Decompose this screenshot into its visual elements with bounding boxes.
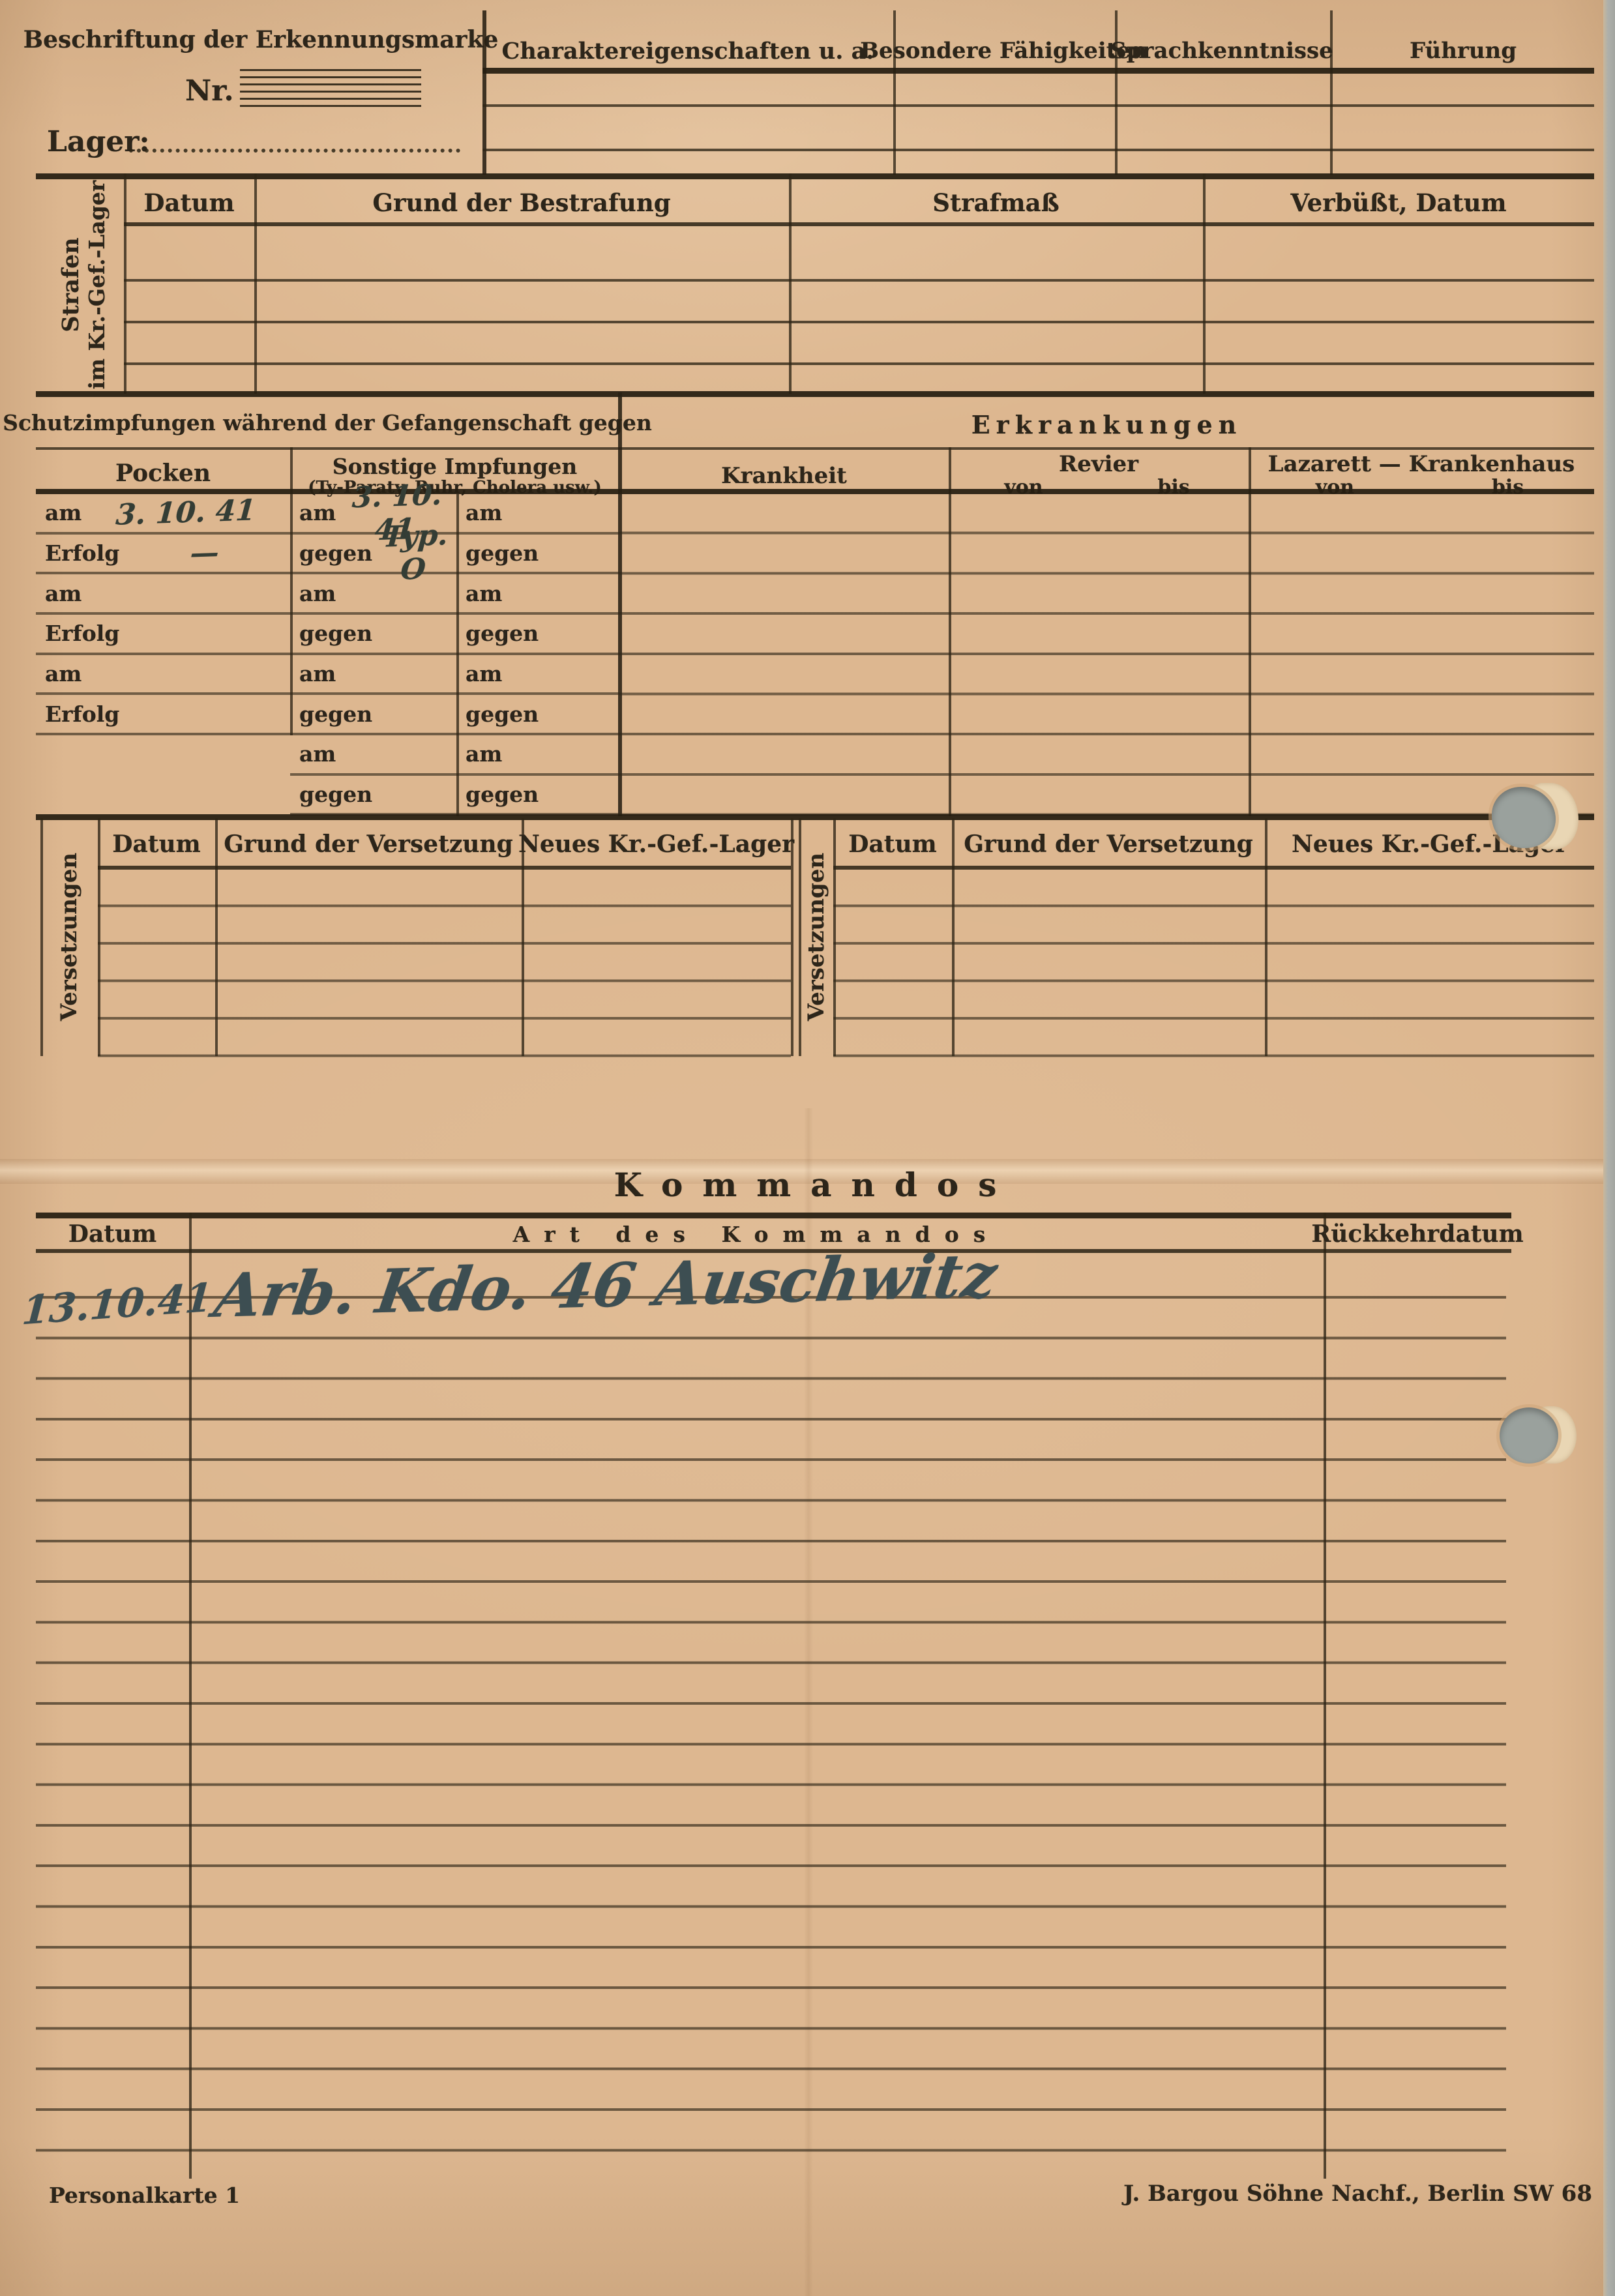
vaccination-row-value	[539, 713, 619, 715]
versetzungen-col-header: Datum	[98, 827, 215, 862]
strafen-side-label-line1: Strafen	[57, 168, 84, 402]
vaccination-row-label: gegen	[466, 621, 539, 646]
vaccination-row-value	[502, 671, 619, 675]
lager-dotted-line	[129, 126, 460, 153]
versetzungen-col-header: Grund der Versetzung	[215, 827, 522, 862]
versetzungen-row-lines	[833, 870, 1594, 1057]
vaccination-row: am	[290, 655, 456, 696]
traits-col-header: Charaktereigenschaften u. a.	[488, 34, 888, 68]
vaccination-row: gegen Typ. O	[290, 535, 456, 575]
vaccination-row: am	[456, 494, 619, 535]
vaccination-row-label: am	[466, 500, 502, 525]
vaccination-row: am	[456, 735, 619, 776]
vaccination-row-label: am	[45, 661, 81, 686]
vaccination-row: gegen	[456, 535, 619, 575]
versetzungen-col-header: Grund der Versetzung	[952, 827, 1265, 862]
traits-col-header: Sprachkenntnisse	[1118, 34, 1326, 68]
sonstige-subcolumn-divider	[456, 494, 459, 816]
vaccination-row-value	[119, 711, 289, 717]
vaccination-row: am	[456, 574, 619, 615]
lazarett-header: Lazarett — Krankenhaus	[1249, 452, 1594, 476]
strafen-row-line	[124, 362, 1594, 365]
vaccination-row-label: am	[299, 500, 336, 525]
vaccination-row-value	[539, 632, 619, 635]
vaccination-row-value	[539, 793, 619, 795]
vaccination-row-label: Erfolg	[45, 621, 119, 646]
vaccination-row-value: —	[119, 533, 291, 572]
versetzungen-side-label: Versetzungen	[800, 832, 833, 1041]
vaccination-row: gegen	[456, 615, 619, 655]
vaccination-row: am	[290, 735, 456, 776]
vaccination-row-value	[372, 793, 456, 795]
versetzungen-col-header: Datum	[833, 827, 952, 862]
versetzungen-col-header: Neues Kr.-Gef.-Lager	[522, 827, 791, 862]
sonstige-header: Sonstige Impfungen	[290, 454, 619, 478]
vaccination-row: Erfolg	[36, 615, 290, 655]
footer-form-name: Personalkarte 1	[49, 2183, 240, 2208]
vaccination-row-label: am	[466, 741, 502, 767]
nr-ruled-lines	[240, 69, 421, 110]
vaccination-row-value	[336, 752, 456, 756]
vaccination-row-value	[372, 632, 456, 635]
krankheit-header: Krankheit	[619, 463, 949, 489]
vaccination-row-label: am	[466, 661, 502, 686]
nr-label: Nr.	[185, 74, 234, 108]
vaccination-row-label: gegen	[466, 782, 539, 807]
strafen-col-header: Datum	[124, 186, 254, 219]
kommandos-col-rueckkehr: Rückkehrdatum	[1324, 1220, 1511, 1248]
scan-edge-strip	[1603, 0, 1615, 2296]
strafen-row-line	[124, 279, 1594, 282]
vaccination-row-value	[502, 752, 619, 756]
vaccination-row: gegen	[290, 776, 456, 816]
vaccination-row-value	[81, 590, 289, 597]
vaccination-row-label: am	[299, 661, 336, 686]
footer-printer: J. Bargou Söhne Nachf., Berlin SW 68	[1200, 2180, 1516, 2207]
vaccination-row-label: am	[45, 581, 81, 606]
impfungen-title: Schutzimpfungen während der Gefangenscha…	[38, 408, 617, 437]
kommandos-title: Kommandos	[36, 1166, 1594, 1203]
vaccination-row-value	[336, 671, 456, 675]
vaccination-row: Erfolg —	[36, 535, 290, 575]
strafen-side-label-line2: im Kr.-Gef.-Lager	[84, 168, 110, 402]
pocken-header: Pocken	[36, 459, 290, 488]
traits-header-rule	[482, 68, 1594, 74]
vaccination-row-value	[336, 591, 456, 595]
vaccination-row-value: Typ. O	[370, 518, 459, 588]
traits-row-line	[482, 104, 1594, 107]
sonstige-column-2: am gegen am gegen am gegen am gegen	[456, 494, 619, 816]
vaccination-row-value	[81, 670, 289, 677]
vaccination-row: gegen	[290, 615, 456, 655]
vaccination-row-label: am	[45, 500, 81, 525]
vaccination-row-value	[539, 552, 619, 554]
vaccination-row-label: gegen	[299, 701, 372, 727]
strafen-bottom-border	[36, 391, 1594, 397]
vaccination-row-value	[502, 511, 619, 515]
erkrankungen-title: Erkrankungen	[619, 409, 1594, 439]
vaccination-row-value	[502, 591, 619, 595]
kommandos-row-lines	[36, 1296, 1506, 2153]
sonstige-column-1: am 3. 10. 41 gegen Typ. O am gegen am ge…	[290, 494, 456, 816]
punch-hole	[1500, 1405, 1578, 1467]
tag-section-title: Beschriftung der Erkennungsmarke	[65, 25, 456, 55]
punch-hole-opening	[1492, 787, 1556, 848]
vaccination-row-value	[119, 630, 289, 636]
versetzungen-row-lines	[98, 870, 791, 1057]
strafen-side-label: Strafen im Kr.-Gef.-Lager	[57, 168, 116, 402]
strafen-header-rule	[124, 222, 1594, 226]
vaccination-row-label: gegen	[466, 540, 539, 566]
erkrankungen-row-lines	[619, 494, 1594, 816]
kommandos-top-border	[36, 1213, 1511, 1218]
vaccination-row-label: am	[299, 741, 336, 767]
kommando-entry-datum: 13.10.41	[38, 1263, 196, 1346]
personalkarte-back-page: Beschriftung der Erkennungsmarke Nr. Lag…	[0, 0, 1615, 2296]
strafen-top-border	[36, 173, 1594, 179]
vaccination-row-value: 3. 10. 41	[81, 493, 291, 533]
traits-row-line	[482, 149, 1594, 151]
impfungen-title-rule	[36, 447, 619, 450]
strafen-row-line	[124, 321, 1594, 323]
revier-header: Revier	[949, 452, 1249, 476]
vaccination-row-label: am	[466, 581, 502, 606]
vaccination-row: am 3. 10. 41	[36, 494, 290, 535]
strafen-col-header: Verbüßt, Datum	[1203, 186, 1594, 219]
traits-col-header: Besondere Fähigkeiten	[896, 34, 1111, 68]
versetzungen-left-outer-border	[40, 818, 43, 1056]
kommandos-col-art: Art des Kommandos	[189, 1220, 1324, 1248]
vaccination-row-label: Erfolg	[45, 540, 119, 566]
pocken-column: am 3. 10. 41 Erfolg — am Erfolg am Erfol…	[36, 494, 290, 735]
versetzungen-side-label: Versetzungen	[53, 832, 85, 1041]
vaccination-row-value	[372, 713, 456, 715]
vaccination-row-label: gegen	[299, 621, 372, 646]
kommandos-col-datum: Datum	[36, 1220, 189, 1248]
strafen-col-header: Strafmaß	[789, 186, 1203, 219]
vaccination-row: am	[36, 655, 290, 696]
vaccination-row-label: Erfolg	[45, 701, 119, 727]
vaccination-row-label: am	[299, 581, 336, 606]
vaccination-row: gegen	[456, 776, 619, 816]
punch-hole	[1492, 786, 1580, 854]
vaccination-row: gegen	[456, 695, 619, 735]
vaccination-bottom-border	[36, 814, 1594, 820]
vaccination-row-label: gegen	[299, 782, 372, 807]
vaccination-row-label: gegen	[466, 701, 539, 727]
traits-col-header: Führung	[1333, 34, 1593, 68]
strafen-col-header: Grund der Bestrafung	[254, 186, 789, 219]
punch-hole-opening	[1500, 1407, 1558, 1464]
erkrankungen-title-rule	[619, 447, 1594, 450]
vaccination-row: gegen	[290, 695, 456, 735]
vaccination-row: am	[456, 655, 619, 696]
vaccination-row: am	[36, 574, 290, 615]
vaccination-row: Erfolg	[36, 695, 290, 735]
